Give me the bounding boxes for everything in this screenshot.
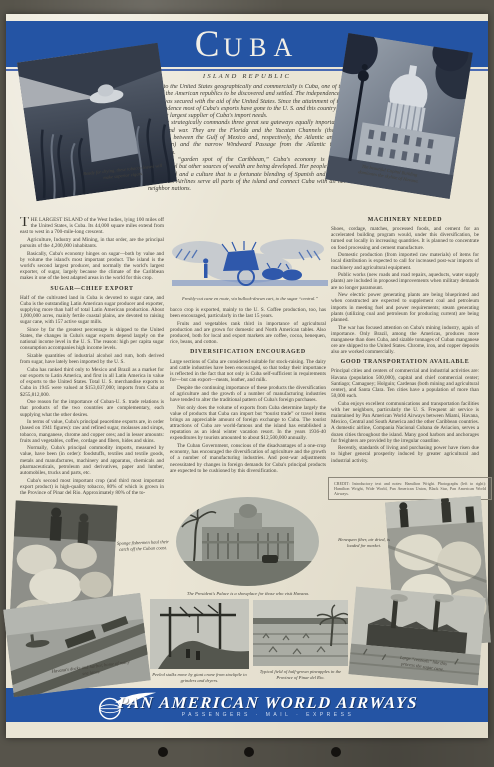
- body-paragraph: Basically, Cuba's economy hinges on suga…: [20, 251, 164, 282]
- body-paragraph: Normally, Cuba's principal commodity imp…: [20, 445, 164, 476]
- punch-hole: [331, 747, 341, 757]
- section-heading-diversification: DIVERSIFICATION ENCOURAGED: [170, 349, 326, 355]
- body-paragraph: In terms of value, Cuba's principal peac…: [20, 419, 164, 444]
- intro-paragraph: Cuba strategically commands three great …: [148, 120, 346, 156]
- body-paragraph: Large sections of Cuba are considered su…: [170, 359, 326, 384]
- airline-tagline: PASSENGERS · MAIL · EXPRESS: [76, 712, 460, 718]
- body-paragraph: One reason for the importance of Cuban-U…: [20, 399, 164, 417]
- intro-text: Close to the United States geographicall…: [148, 84, 346, 214]
- middle-column: bacco crop is exported, mainly to the U.…: [170, 307, 326, 474]
- palace-caption: The President's Palace is a showplace fo…: [160, 591, 336, 597]
- body-paragraph: bacco crop is exported, mainly to the U.…: [170, 307, 326, 319]
- intro-heading: ISLAND REPUBLIC: [148, 73, 346, 80]
- body-paragraph: Cuba has ranked third only to Mexico and…: [20, 367, 164, 398]
- body-paragraph: Shoes, cordage, matches, processed foods…: [331, 226, 479, 251]
- cane-cart-illustration: [170, 236, 330, 294]
- airline-name: PAN AMERICAN WORLD AIRWAYS: [75, 693, 460, 713]
- sponge-caption: Sponge fishermen haul their catch off th…: [116, 539, 170, 552]
- punch-hole: [244, 747, 254, 757]
- body-paragraph: The Cuban Government, conscious of the d…: [170, 443, 326, 474]
- body-paragraph: Since by far the greatest percentage is …: [20, 327, 164, 352]
- pineapple-caption: Typical field of half-grown pineapples i…: [253, 669, 348, 680]
- body-paragraph: Half of the cultivated land in Cuba is d…: [20, 295, 164, 326]
- intro-paragraph: At the “garden spot of the Caribbean,” C…: [148, 157, 346, 193]
- pineapple-field-photo: [253, 600, 348, 666]
- body-paragraph: THE LARGEST ISLAND of the West Indies, l…: [20, 217, 164, 235]
- body-paragraph: Despite the continuing importance of the…: [170, 385, 326, 403]
- left-column: THE LARGEST ISLAND of the West Indies, l…: [20, 217, 164, 505]
- presidents-palace-photo: [176, 497, 319, 586]
- body-paragraph: Not only does the volume of exports from…: [170, 405, 326, 442]
- body-paragraph: Fruits and vegetables rank third in impo…: [170, 321, 326, 346]
- havana-docks-photo: [3, 593, 151, 697]
- right-column: MACHINERY NEEDED Shoes, cordage, matches…: [331, 217, 479, 473]
- sugar-central-photo: [348, 587, 485, 686]
- intro-paragraph: Close to the United States geographicall…: [148, 84, 346, 120]
- crane-caption: Peeled stalks move by giant crane from s…: [150, 672, 249, 683]
- body-paragraph: Principal cities and centers of commerci…: [331, 368, 479, 399]
- body-paragraph: Recently, standards of living and purcha…: [331, 445, 479, 463]
- henequen-caption: Henequen fiber, air dried, is loaded for…: [336, 537, 392, 548]
- section-heading-machinery: MACHINERY NEEDED: [331, 217, 479, 223]
- cane-crane-photo: [150, 599, 249, 669]
- poster-paper: CUBA Ready for drying, these tobacco lea…: [6, 14, 488, 738]
- section-heading-transportation: GOOD TRANSPORTATION AVAILABLE: [331, 359, 479, 365]
- body-paragraph: Public works (new roads and road repairs…: [331, 272, 479, 290]
- body-paragraph: Cuba's second most important crop (and t…: [20, 478, 164, 496]
- punch-hole: [158, 747, 168, 757]
- body-paragraph: Sizable quantities of industrial alcohol…: [20, 353, 164, 365]
- section-heading-sugar: SUGAR—CHIEF EXPORT: [20, 286, 164, 292]
- body-paragraph: Agriculture, Industry and Mining, in tha…: [20, 237, 164, 249]
- drop-cap: T: [20, 217, 31, 229]
- body-paragraph: Domestic production (from imported raw m…: [331, 252, 479, 270]
- cane-cart-caption: Freshly-cut cane en route, via bullock-d…: [170, 296, 330, 302]
- body-paragraph: Cuba enjoys excellent communications and…: [331, 401, 479, 444]
- body-paragraph: New electric power generating plants are…: [331, 292, 479, 323]
- body-paragraph: The war has focused attention on Cuba's …: [331, 325, 479, 356]
